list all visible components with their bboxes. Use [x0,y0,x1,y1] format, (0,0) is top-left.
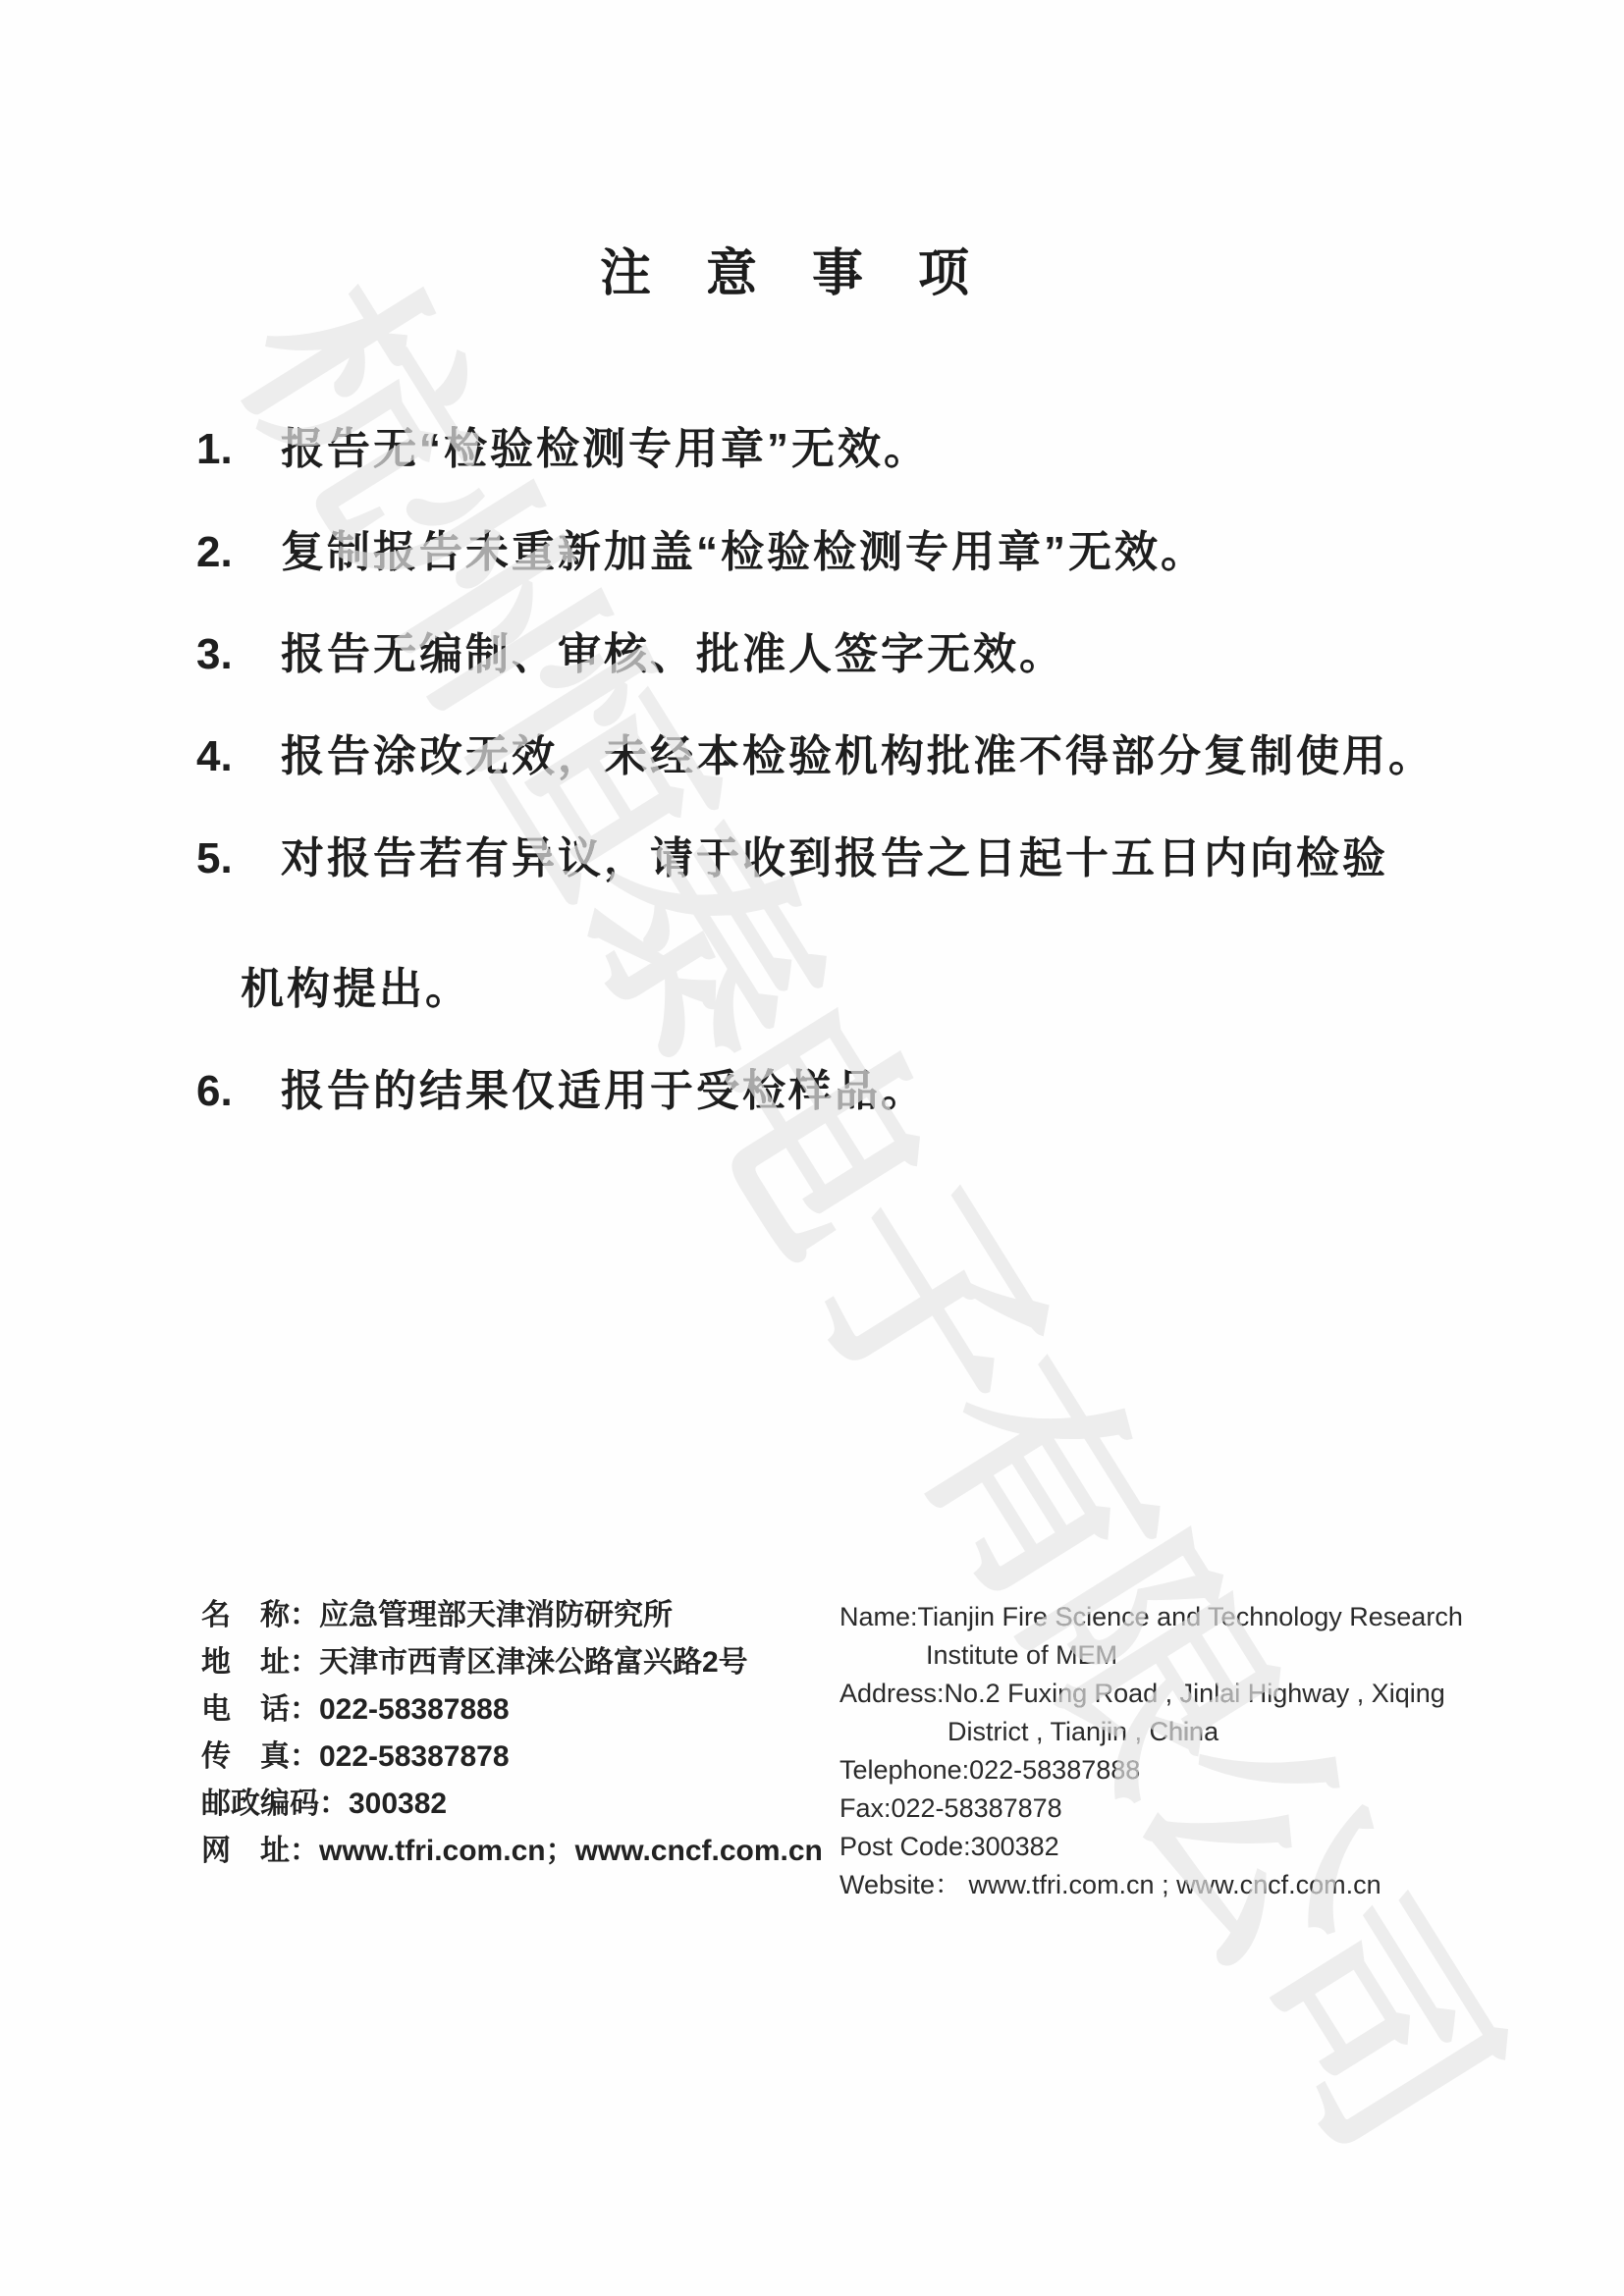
item-text: 报告无“检验检测专用章”无效。 [281,425,930,473]
contact-cn-row-telephone: 电 话：022-58387888 [201,1686,823,1734]
item-text: 报告无编制、审核、批准人签字无效。 [281,630,1065,678]
item-number: 5. [196,833,281,885]
contact-value: 022-58387888 [319,1693,510,1726]
contact-en-address: Address:No.2 Fuxing Road , Jinlai Highwa… [839,1675,1463,1713]
contact-block-chinese: 名 称：应急管理部天津消防研究所 地 址：天津市西青区津涞公路富兴路2号 电 话… [201,1592,823,1875]
contact-cn-row-fax: 传 真：022-58387878 [201,1734,823,1781]
notice-item-5: 5.对报告若有异议，请于收到报告之日起十五日内向检验 [196,833,1463,885]
contact-value: 300382 [349,1788,447,1820]
item-text: 报告的结果仅适用于受检样品。 [281,1067,927,1115]
notice-item-4: 4.报告涂改无效，未经本检验机构批准不得部分复制使用。 [196,731,1463,783]
notice-item-2: 2.复制报告未重新加盖“检验检测专用章”无效。 [196,527,1463,579]
contact-block-english: Name:Tianjin Fire Science and Technology… [839,1598,1463,1904]
contact-label: 传 真： [201,1734,319,1781]
contact-en-name: Name:Tianjin Fire Science and Technology… [839,1598,1463,1636]
notice-page: 杭州恒泰电子有限公司 注意事项 1.报告无“检验检测专用章”无效。 2.复制报告… [0,0,1624,2296]
contact-label: 邮政编码： [201,1781,349,1828]
contact-cn-row-name: 名 称：应急管理部天津消防研究所 [201,1592,823,1639]
contact-en-telephone: Telephone:022-58387888 [839,1751,1463,1789]
contact-en-fax: Fax:022-58387878 [839,1789,1463,1828]
page-title: 注意事项 [0,232,1624,305]
contact-value: 天津市西青区津涞公路富兴路2号 [319,1646,748,1679]
contact-en-name-line2: Institute of MEM [926,1636,1463,1675]
item-text: 报告涂改无效，未经本检验机构批准不得部分复制使用。 [281,732,1435,780]
item-number: 2. [196,527,281,579]
item-text: 机构提出。 [241,965,471,1013]
notice-item-3: 3.报告无编制、审核、批准人签字无效。 [196,629,1463,681]
notice-item-6: 6.报告的结果仅适用于受检样品。 [196,1066,1463,1118]
item-text: 复制报告未重新加盖“检验检测专用章”无效。 [281,528,1207,576]
item-number: 3. [196,629,281,681]
contact-value: www.tfri.com.cn；www.cncf.com.cn [319,1835,823,1867]
contact-label: 网 址： [201,1828,319,1875]
contact-cn-row-address: 地 址：天津市西青区津涞公路富兴路2号 [201,1639,823,1686]
item-number: 4. [196,731,281,783]
contact-label: 地 址： [201,1639,319,1686]
item-number: 1. [196,424,281,476]
contact-en-website: Website： www.tfri.com.cn ; www.cncf.com.… [839,1866,1463,1904]
notice-item-1: 1.报告无“检验检测专用章”无效。 [196,424,1463,476]
item-text: 对报告若有异议，请于收到报告之日起十五日内向检验 [281,834,1388,882]
notice-item-5-line2: 机构提出。 [241,964,1507,1016]
contact-label: 名 称： [201,1592,319,1639]
contact-en-postcode: Post Code:300382 [839,1828,1463,1866]
contact-value: 022-58387878 [319,1740,510,1773]
contact-label: 电 话： [201,1686,319,1734]
contact-value: 应急管理部天津消防研究所 [319,1599,673,1631]
contact-cn-row-postcode: 邮政编码：300382 [201,1781,823,1828]
contact-cn-row-website: 网 址：www.tfri.com.cn；www.cncf.com.cn [201,1828,823,1875]
item-number: 6. [196,1066,281,1118]
contact-en-address-line2: District , Tianjin , China [947,1713,1463,1751]
